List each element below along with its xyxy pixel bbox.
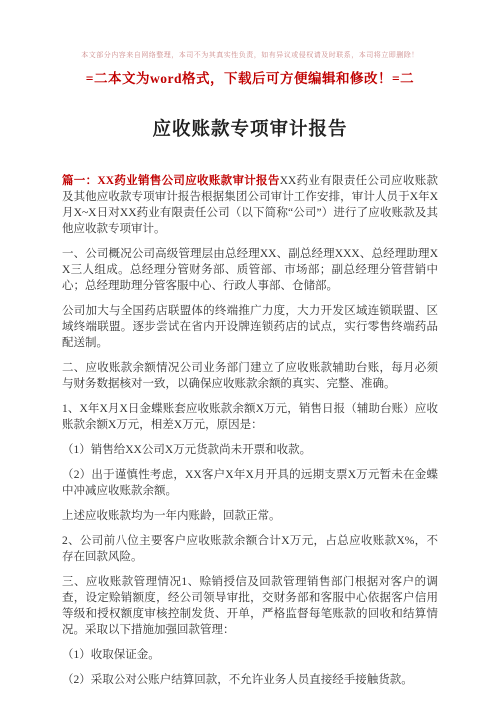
paragraph: 一、公司概况公司高级管理层由总经理XX、副总经理XXX、总经理助理XX三人组成。… (62, 246, 438, 294)
paragraph-text: 二、应收账款余额情况公司业务部门建立了应收账款辅助台账，每月必须与财务数据核对一… (62, 362, 438, 390)
paragraph: 1、X年X月X日金蝶账套应收账款余额X万元，销售日报（辅助台账）应收账款余额X万… (62, 401, 438, 433)
paragraph: （2）出于谨慎性考虑，XX客户X年X月开具的远期支票X万元暂未在金蝶中冲减应收账… (62, 467, 438, 499)
paragraph-text: 公司加大与全国药店联盟体的终端推广力度，大力开发区域连锁联盟、区域终端联盟。逐步… (62, 305, 438, 349)
paragraph: 二、应收账款余额情况公司业务部门建立了应收账款辅助台账，每月必须与财务数据核对一… (62, 360, 438, 392)
paragraph-text: 1、X年X月X日金蝶账套应收账款余额X万元，销售日报（辅助台账）应收账款余额X万… (62, 403, 438, 431)
paragraph-lead: 篇一：XX药业销售公司应收账款审计报告 (62, 175, 280, 187)
paragraph-text: （2）采取公对公账户结算回款，不允许业务人员直接经手接触货款。 (62, 674, 413, 686)
paragraph-text: 一、公司概况公司高级管理层由总经理XX、副总经理XXX、总经理助理XX三人组成。… (62, 248, 438, 292)
paragraph-text: 三、应收账款管理情况1、赊销授信及回款管理销售部门根据对客户的调查，设定赊销额度… (62, 576, 438, 636)
paragraph-text: （1）收取保证金。 (62, 649, 160, 661)
paragraph: （1）销售给XX公司X万元货款尚未开票和收款。 (62, 442, 438, 458)
document-body: 篇一：XX药业销售公司应收账款审计报告XX药业有限责任公司应收账款及其他应收款专… (62, 173, 438, 688)
paragraph-text: 上述应收账款均为一年内账龄，回款正常。 (62, 510, 281, 522)
paragraph: 2、公司前八位主要客户应收账款余额合计X万元，占总应收账款X%，不存在回款风险。 (62, 533, 438, 565)
paragraph: 三、应收账款管理情况1、赊销授信及回款管理销售部门根据对客户的调查，设定赊销额度… (62, 574, 438, 638)
disclaimer-text: 本文部分内容来自网络整理，本司不为其真实性负责，如有异议或侵权请及时联系，本司将… (62, 50, 438, 60)
paragraph: （1）收取保证金。 (62, 647, 438, 663)
paragraph-text: （1）销售给XX公司X万元货款尚未开票和收款。 (62, 444, 311, 456)
word-format-banner: =二本文为word格式，下载后可方便编辑和修改！=二 (62, 67, 438, 87)
document-title: 应收账款专项审计报告 (62, 115, 438, 141)
paragraph-text: 2、公司前八位主要客户应收账款余额合计X万元，占总应收账款X%，不存在回款风险。 (62, 535, 438, 563)
paragraph: 上述应收账款均为一年内账龄，回款正常。 (62, 508, 438, 524)
paragraph: 篇一：XX药业销售公司应收账款审计报告XX药业有限责任公司应收账款及其他应收款专… (62, 173, 438, 237)
paragraph-text: （2）出于谨慎性考虑，XX客户X年X月开具的远期支票X万元暂未在金蝶中冲减应收账… (62, 469, 438, 497)
document-page: 本文部分内容来自网络整理，本司不为其真实性负责，如有异议或侵权请及时联系，本司将… (0, 0, 500, 707)
paragraph: 公司加大与全国药店联盟体的终端推广力度，大力开发区域连锁联盟、区域终端联盟。逐步… (62, 303, 438, 351)
paragraph: （2）采取公对公账户结算回款，不允许业务人员直接经手接触货款。 (62, 672, 438, 688)
